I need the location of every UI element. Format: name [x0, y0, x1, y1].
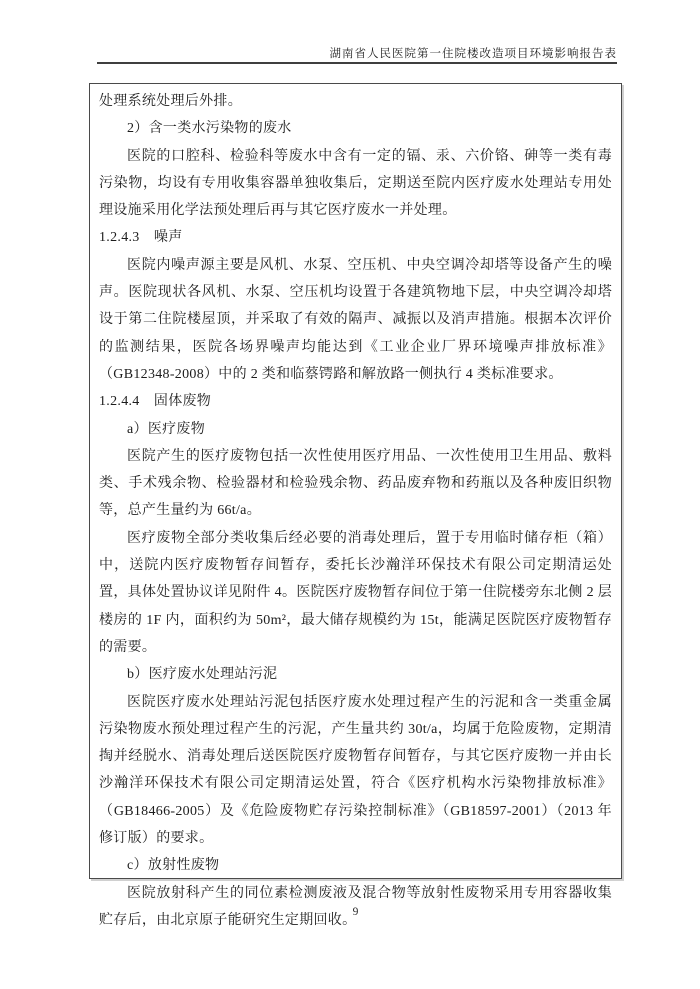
paragraph: 医院医疗废水处理站污泥包括医疗废水处理过程产生的污泥和含一类重金属污染物废水预处… [99, 689, 612, 853]
list-item-label: b）医疗废水处理站污泥 [99, 661, 612, 688]
document-page: 湖南省人民医院第一住院楼改造项目环境影响报告表 处理系统处理后外排。 2）含一类… [0, 0, 700, 989]
list-item-label: 2）含一类水污染物的废水 [99, 115, 612, 142]
document-body-frame: 处理系统处理后外排。 2）含一类水污染物的废水 医院的口腔科、检验科等废水中含有… [89, 83, 622, 879]
header-rule [97, 62, 617, 64]
report-header-title: 湖南省人民医院第一住院楼改造项目环境影响报告表 [97, 45, 617, 61]
paragraph: 医院内噪声源主要是风机、水泵、空压机、中央空调冷却塔等设备产生的噪声。医院现状各… [99, 252, 612, 388]
paragraph: 医院产生的医疗废物包括一次性使用医疗用品、一次性使用卫生用品、敷料类、手术残余物… [99, 443, 612, 525]
section-heading-solid-waste: 1.2.4.4 固体废物 [99, 388, 612, 415]
paragraph: 医疗废物全部分类收集后经必要的消毒处理后，置于专用临时储存柜（箱）中，送院内医疗… [99, 525, 612, 661]
paragraph-continuation: 处理系统处理后外排。 [99, 88, 612, 115]
section-heading-noise: 1.2.4.3 噪声 [99, 224, 612, 251]
list-item-label: a）医疗废物 [99, 416, 612, 443]
list-item-label: c）放射性废物 [99, 852, 612, 879]
page-number: 9 [89, 906, 622, 918]
paragraph: 医院的口腔科、检验科等废水中含有一定的镉、汞、六价铬、砷等一类有毒污染物，均设有… [99, 143, 612, 225]
